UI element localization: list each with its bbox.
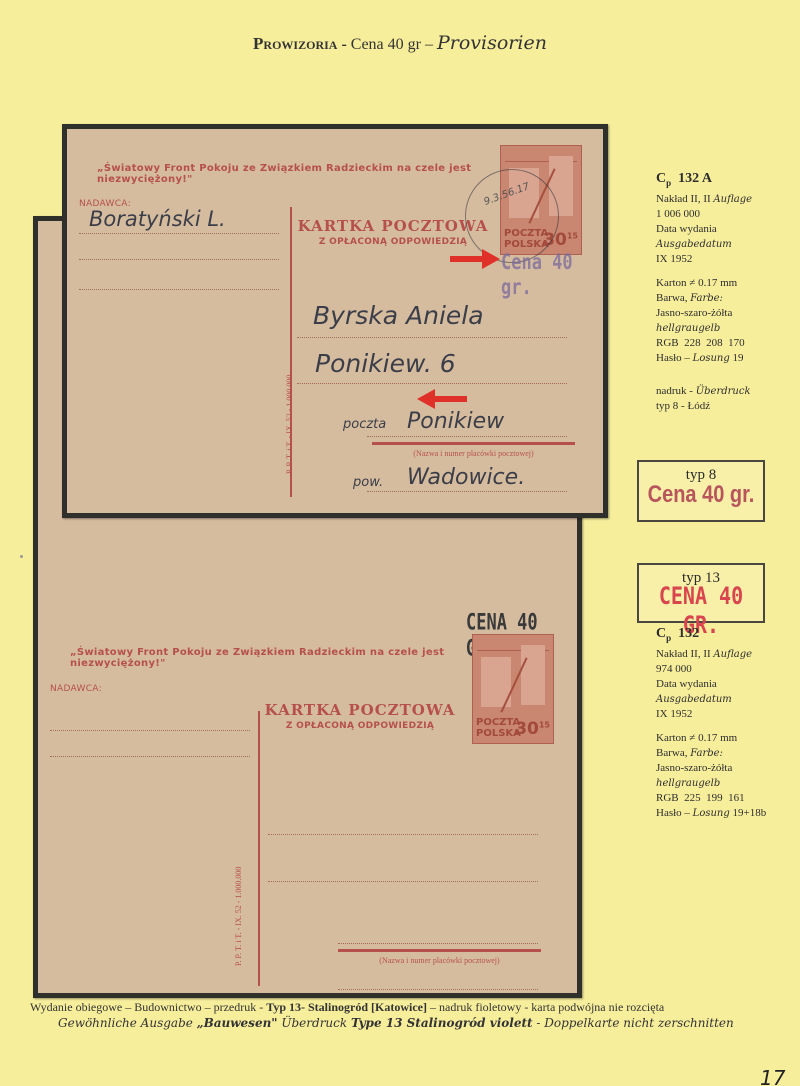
color-de: hellgraugelb — [656, 776, 766, 791]
typ13-box: typ 13 CENA 40 GR. — [637, 563, 765, 623]
title-middle: Cena 40 gr – — [351, 36, 437, 53]
recipient-name: Byrska Aniela — [313, 301, 484, 330]
sender-line — [79, 233, 279, 234]
rgb: RGB 225 199 161 — [656, 791, 766, 806]
district: Wadowice. — [407, 465, 525, 490]
printer-imprint: P. P. T. i T. - IX. 52 - 1.000.000 — [234, 867, 243, 966]
recipient-street: Ponikiew. 6 — [315, 349, 456, 378]
arrow-left-icon — [417, 389, 467, 409]
page-number: 17 — [760, 1066, 785, 1086]
post-office-prefix: poczta — [343, 417, 386, 432]
overprint-violet: Cena 40 gr. — [501, 250, 603, 300]
card-slogan: „Światowy Front Pokoju ze Związkiem Radz… — [97, 163, 477, 185]
card-subtitle: Z OPŁACONĄ ODPOWIEDZIĄ — [293, 237, 493, 247]
slogan-number: Hasło – Losung 19+18b — [656, 806, 766, 821]
karton: Karton ≠ 0.17 mm — [656, 731, 766, 746]
sender-line — [50, 730, 250, 731]
title-separator: - — [337, 36, 350, 53]
color-pl: Jasno-szaro-żółta — [656, 761, 766, 776]
date-label: Data wydania — [656, 677, 766, 692]
office-rule — [338, 949, 541, 952]
date-label: Data wydania — [656, 222, 752, 237]
address-line — [367, 491, 567, 492]
typ8-box: typ 8 Cena 40 gr. — [637, 460, 765, 522]
sender-handwritten: Boratyński L. — [89, 207, 226, 231]
address-line — [297, 383, 567, 384]
issue-date: IX 1952 — [656, 252, 752, 267]
overprint-label: nadruk - Überdruck — [656, 384, 752, 399]
color-label: Barwa, Farbe: — [656, 291, 752, 306]
sender-line — [79, 259, 279, 260]
address-line — [338, 943, 538, 944]
sender-label: NADAWCA: — [50, 684, 102, 694]
color-pl: Jasno-szaro-żółta — [656, 306, 752, 321]
rgb: RGB 228 208 170 — [656, 336, 752, 351]
page-title: Prowizoria - Cena 40 gr – Provisorien — [0, 32, 800, 54]
date-label-de: Ausgabedatum — [656, 692, 766, 707]
caption-german: Gewöhnliche Ausgabe „Bauwesen" Überdruck… — [58, 1016, 758, 1030]
sender-line — [79, 289, 279, 290]
album-mark — [20, 555, 23, 558]
office-caption: (Nazwa i numer placówki pocztowej) — [372, 449, 575, 458]
address-line — [268, 834, 538, 835]
address-line — [268, 881, 538, 882]
slogan-number: Hasło – Losung 19 — [656, 351, 752, 366]
title-german: Provisorien — [437, 32, 547, 54]
color-label: Barwa, Farbe: — [656, 746, 766, 761]
district-prefix: pow. — [353, 475, 383, 490]
title-polish: Prowizoria — [253, 34, 337, 53]
edition: Nakład II, II Auflage — [656, 192, 752, 207]
postcard-upper: „Światowy Front Pokoju ze Związkiem Radz… — [62, 124, 608, 518]
catalog-number: Cp 132 — [656, 625, 766, 647]
card-subtitle: Z OPŁACONĄ ODPOWIEDZIĄ — [260, 721, 460, 731]
card-slogan: „Światowy Front Pokoju ze Związkiem Radz… — [70, 647, 450, 669]
quantity: 974 000 — [656, 662, 766, 677]
info-block-132: Cp 132 Nakład II, II Auflage 974 000 Dat… — [656, 625, 766, 821]
catalog-number: Cp 132 A — [656, 170, 752, 192]
card-title: KARTKA POCZTOWA — [260, 701, 460, 719]
address-line — [367, 436, 567, 437]
date-label-de: Ausgabedatum — [656, 237, 752, 252]
karton: Karton ≠ 0.17 mm — [656, 276, 752, 291]
divider-line — [258, 711, 260, 986]
office-caption: (Nazwa i numer placówki pocztowej) — [338, 956, 541, 965]
typ8-overprint: Cena 40 gr. — [639, 481, 763, 510]
printer-imprint: P. P. T. i T. - IX. 52 - 1.000.000 — [285, 375, 294, 474]
overprint-type: typ 8 - Łódź — [656, 399, 752, 414]
sender-line — [50, 756, 250, 757]
edition: Nakład II, II Auflage — [656, 647, 766, 662]
quantity: 1 006 000 — [656, 207, 752, 222]
address-line — [297, 337, 567, 338]
post-office: Ponikiew — [407, 409, 504, 434]
arrow-right-icon — [450, 249, 500, 269]
office-rule — [372, 442, 575, 445]
card-title: KARTKA POCZTOWA — [293, 217, 493, 235]
imprinted-stamp: POCZTAPOLSKA 3015 — [472, 634, 554, 744]
caption-polish: Wydanie obiegowe – Budownictwo – przedru… — [30, 1000, 730, 1015]
issue-date: IX 1952 — [656, 707, 766, 722]
info-block-132a: Cp 132 A Nakład II, II Auflage 1 006 000… — [656, 170, 752, 414]
color-de: hellgraugelb — [656, 321, 752, 336]
address-line — [338, 989, 538, 990]
